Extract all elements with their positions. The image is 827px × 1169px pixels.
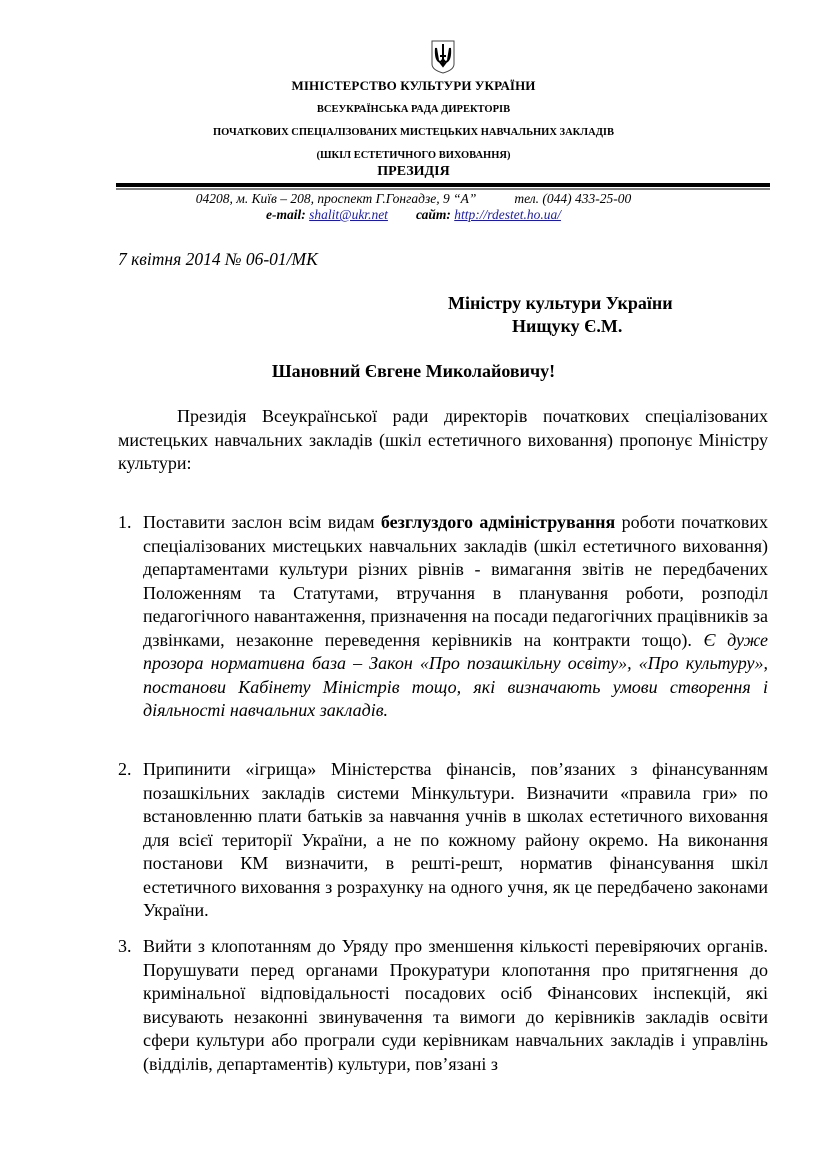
list-item-text: Поставити заслон всім видам безглуздого … bbox=[143, 511, 768, 723]
schools-name: ПОЧАТКОВИХ СПЕЦІАЛІЗОВАНИХ МИСТЕЦЬКИХ НА… bbox=[0, 127, 827, 138]
email-link[interactable]: shalit@ukr.net bbox=[309, 207, 388, 222]
item-text-body: роботи початкових спеціалізованих мистец… bbox=[143, 512, 768, 650]
list-item: 1. Поставити заслон всім видам безглуздо… bbox=[118, 511, 768, 723]
address-line: 04208, м. Київ – 208, проспект Г.Гонгадз… bbox=[0, 191, 827, 207]
intro-paragraph: Президія Всеукраїнської ради директорів … bbox=[118, 405, 768, 476]
aesthetic-schools-subtitle: (ШКІЛ ЕСТЕТИЧНОГО ВИХОВАННЯ) bbox=[0, 150, 827, 161]
email-label: e-mail: bbox=[266, 207, 306, 222]
list-item-number: 3. bbox=[118, 935, 143, 959]
list-item: 3. Вийти з клопотанням до Уряду про змен… bbox=[118, 935, 768, 1076]
postal-address: 04208, м. Київ – 208, проспект Г.Гонгадз… bbox=[196, 191, 477, 206]
ministry-name: МІНІСТЕРСТВО КУЛЬТУРИ УКРАЇНИ bbox=[0, 78, 827, 94]
presidium-title: ПРЕЗИДІЯ bbox=[0, 164, 827, 180]
site-link[interactable]: http://rdestet.ho.ua/ bbox=[454, 207, 561, 222]
item-emphasis: безглуздого адміністрування bbox=[381, 512, 615, 532]
list-item: 2. Припинити «ігрища» Міністерства фінан… bbox=[118, 758, 768, 923]
list-item-number: 1. bbox=[118, 511, 143, 535]
site-label: сайт: bbox=[416, 207, 451, 222]
item-text-lead: Поставити заслон всім видам bbox=[143, 512, 381, 532]
list-item-text: Вийти з клопотанням до Уряду про зменшен… bbox=[143, 935, 768, 1076]
addressee-name: Нищуку Є.М. bbox=[512, 316, 622, 337]
date-reference: 7 квітня 2014 № 06-01/МК bbox=[118, 249, 318, 270]
letterhead-rule-thick bbox=[116, 183, 770, 187]
letterhead-rule-thin bbox=[116, 188, 770, 190]
phone-number: тел. (044) 433-25-00 bbox=[514, 191, 631, 206]
trident-emblem-icon bbox=[430, 40, 456, 74]
greeting: Шановний Євгене Миколайовичу! bbox=[0, 361, 827, 382]
list-item-text: Припинити «ігрища» Міністерства фінансів… bbox=[143, 758, 768, 923]
council-name: ВСЕУКРАЇНСЬКА РАДА ДИРЕКТОРІВ bbox=[0, 104, 827, 115]
addressee-title: Міністру культури України bbox=[448, 293, 673, 314]
list-item-number: 2. bbox=[118, 758, 143, 782]
contact-line: e-mail: shalit@ukr.netсайт: http://rdest… bbox=[0, 207, 827, 223]
